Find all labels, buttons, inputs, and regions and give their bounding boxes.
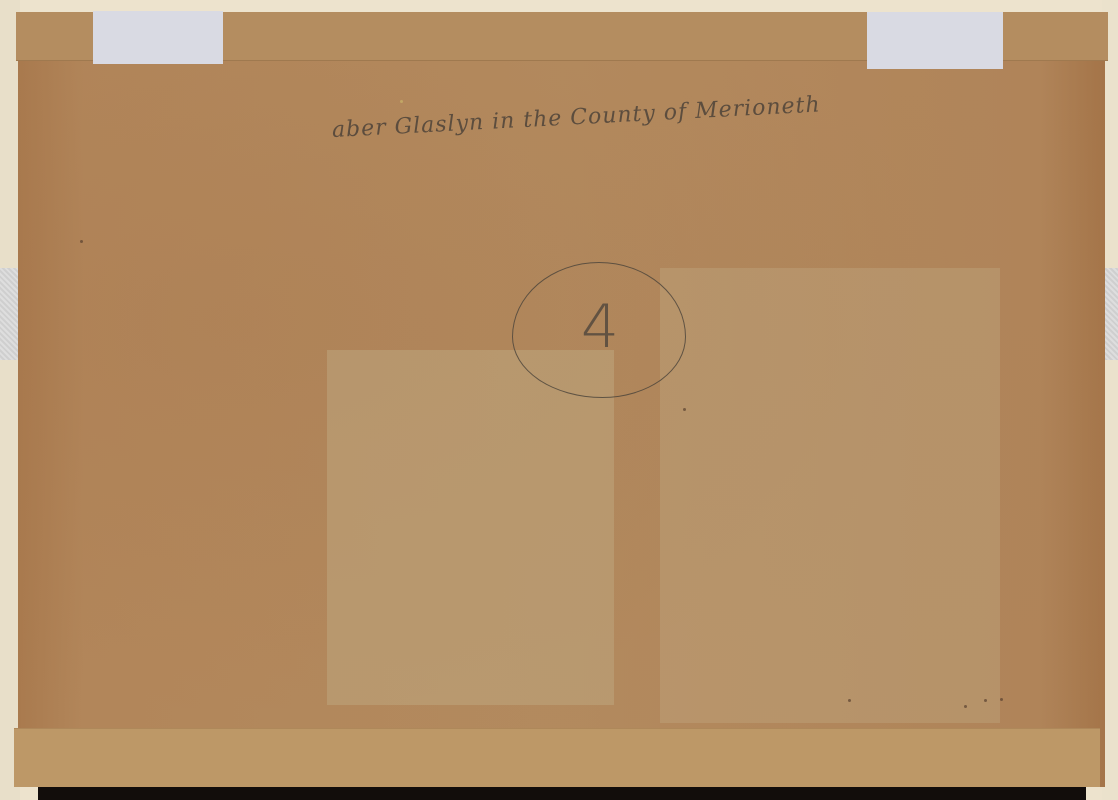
circled-number: 4 <box>560 292 640 362</box>
tape-strip-bottom <box>14 728 1100 787</box>
mount-board-left <box>0 0 20 800</box>
label-top-left <box>93 11 223 64</box>
faded-rectangle-left <box>327 350 614 705</box>
weave-texture <box>0 268 20 360</box>
label-top-right <box>867 12 1003 69</box>
speck <box>984 699 987 702</box>
speck <box>848 699 851 702</box>
speck <box>683 408 686 411</box>
speck <box>1000 698 1003 701</box>
speck <box>964 705 967 708</box>
speck <box>400 100 403 103</box>
faded-rectangle-right <box>660 268 1000 723</box>
speck <box>80 240 83 243</box>
